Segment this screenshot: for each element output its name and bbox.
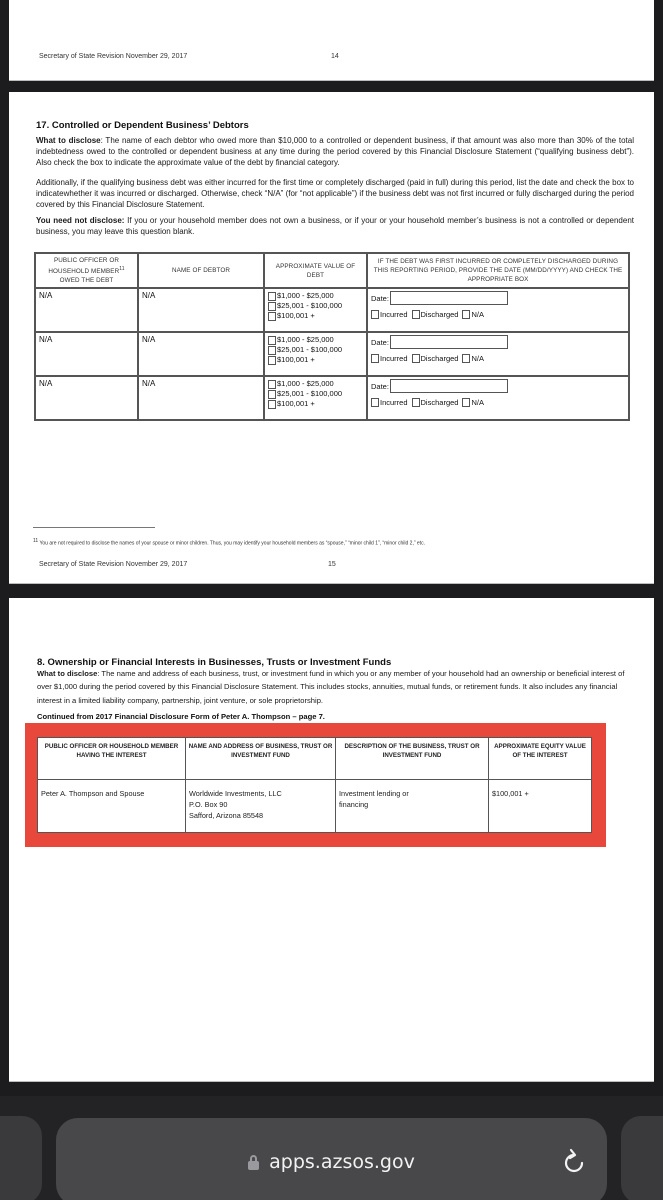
checkbox-label: Discharged (421, 354, 459, 363)
continued-note: Continued from 2017 Financial Disclosure… (37, 712, 325, 721)
date-label: Date: (371, 338, 389, 347)
what-to-disclose-label: What to disclose (37, 669, 97, 678)
status-option: N/A (462, 398, 484, 407)
header-value: Approximate Value of Debt (264, 253, 367, 288)
date-field[interactable] (390, 291, 508, 305)
table-row: N/AN/A$1,000 - $25,000$25,001 - $100,000… (35, 376, 629, 420)
status-option: Incurred (371, 310, 408, 319)
lock-icon (248, 1155, 259, 1170)
cell-date-status: Date:IncurredDischargedN/A (367, 332, 629, 376)
date-field[interactable] (390, 335, 508, 349)
header-description: Description of the Business, Trust or In… (336, 738, 489, 780)
checkbox-label: Incurred (380, 354, 408, 363)
cell-debtor: N/A (138, 332, 264, 376)
checkbox[interactable] (371, 354, 379, 363)
checkbox[interactable] (412, 398, 420, 407)
additionally-paragraph: Additionally, if the qualifying business… (36, 178, 634, 210)
checkbox[interactable] (268, 312, 276, 321)
what-to-disclose-label: What to disclose (36, 136, 101, 145)
pdf-page-16: 8. Ownership or Financial Interests in B… (9, 598, 654, 1082)
checkbox[interactable] (268, 336, 276, 345)
checkbox-label: N/A (471, 310, 484, 319)
date-label: Date: (371, 294, 389, 303)
checkbox[interactable] (462, 354, 470, 363)
cell-business: Worldwide Investments, LLC P.O. Box 90 S… (186, 780, 336, 833)
page-footer: Secretary of State Revision November 29,… (39, 561, 187, 568)
table-row: N/AN/A$1,000 - $25,000$25,001 - $100,000… (35, 288, 629, 332)
status-option: Discharged (412, 310, 459, 319)
header-equity-value: Approximate Equity Value of the Interest (489, 738, 592, 780)
status-option: Discharged (412, 398, 459, 407)
table-row: Peter A. Thompson and Spouse Worldwide I… (38, 780, 592, 833)
previous-tab-pill[interactable] (0, 1116, 42, 1200)
checkbox-label: N/A (471, 398, 484, 407)
checkbox-label: $100,001 + (277, 355, 315, 365)
checkbox-label: Discharged (421, 398, 459, 407)
what-to-disclose-paragraph: What to disclose: The name and address o… (37, 667, 627, 707)
checkbox[interactable] (412, 310, 420, 319)
checkbox[interactable] (268, 390, 276, 399)
cell-officer: Peter A. Thompson and Spouse (38, 780, 186, 833)
cell-date-status: Date:IncurredDischargedN/A (367, 376, 629, 420)
checkbox-label: $100,001 + (277, 399, 315, 409)
status-option: Incurred (371, 354, 408, 363)
url-text[interactable]: apps.azsos.gov (269, 1151, 415, 1173)
header-business-name: Name and Address of Business, Trust or I… (186, 738, 336, 780)
pdf-page-15: 17. Controlled or Dependent Business’ De… (9, 92, 654, 584)
reload-icon[interactable] (563, 1148, 585, 1174)
checkbox[interactable] (268, 356, 276, 365)
cell-debtor: N/A (138, 288, 264, 332)
checkbox[interactable] (412, 354, 420, 363)
date-field[interactable] (390, 379, 508, 393)
status-option: N/A (462, 310, 484, 319)
pdf-page-14: Secretary of State Revision November 29,… (9, 0, 654, 81)
address-bar[interactable]: apps.azsos.gov (56, 1118, 607, 1200)
checkbox-label: $1,000 - $25,000 (277, 291, 334, 301)
value-option: $100,001 + (268, 355, 363, 365)
value-option: $100,001 + (268, 399, 363, 409)
checkbox-label: Incurred (380, 310, 408, 319)
checkbox-label: Incurred (380, 398, 408, 407)
header-date: If the Debt Was First Incurred or Comple… (367, 253, 629, 288)
page-number: 15 (328, 561, 336, 568)
value-option: $25,001 - $100,000 (268, 389, 363, 399)
checkbox[interactable] (268, 380, 276, 389)
section-17-title: 17. Controlled or Dependent Business’ De… (36, 120, 249, 131)
checkbox-label: $25,001 - $100,000 (277, 389, 342, 399)
debtors-table: Public Officer or Household Member11 Owe… (34, 252, 630, 421)
next-tab-pill[interactable] (621, 1116, 663, 1200)
checkbox[interactable] (462, 398, 470, 407)
value-option: $100,001 + (268, 311, 363, 321)
ownership-table: Public Officer or Household Member Havin… (37, 737, 592, 833)
cell-value-options: $1,000 - $25,000$25,001 - $100,000$100,0… (264, 376, 367, 420)
status-option: N/A (462, 354, 484, 363)
need-not-disclose-paragraph: You need not disclose: If you or your ho… (36, 216, 634, 238)
value-option: $1,000 - $25,000 (268, 291, 363, 301)
status-option: Incurred (371, 398, 408, 407)
checkbox-label: $100,001 + (277, 311, 315, 321)
cell-equity-value: $100,001 + (489, 780, 592, 833)
cell-debtor: N/A (138, 376, 264, 420)
checkbox[interactable] (268, 346, 276, 355)
cell-officer: N/A (35, 288, 138, 332)
value-option: $25,001 - $100,000 (268, 301, 363, 311)
footnote-rule (33, 527, 155, 528)
checkbox-label: N/A (471, 354, 484, 363)
date-label: Date: (371, 382, 389, 391)
cell-date-status: Date:IncurredDischargedN/A (367, 288, 629, 332)
header-debtor: Name of Debtor (138, 253, 264, 288)
status-option: Discharged (412, 354, 459, 363)
checkbox-label: Discharged (421, 310, 459, 319)
footnote: 11 You are not required to disclose the … (33, 538, 425, 547)
checkbox-label: $1,000 - $25,000 (277, 335, 334, 345)
highlight-frame: Public Officer or Household Member Havin… (25, 723, 606, 847)
checkbox-label: $25,001 - $100,000 (277, 301, 342, 311)
checkbox-label: $1,000 - $25,000 (277, 379, 334, 389)
cell-officer: N/A (35, 376, 138, 420)
what-to-disclose-paragraph: What to disclose: The name of each debto… (36, 136, 634, 168)
checkbox-label: $25,001 - $100,000 (277, 345, 342, 355)
checkbox[interactable] (268, 292, 276, 301)
cell-value-options: $1,000 - $25,000$25,001 - $100,000$100,0… (264, 288, 367, 332)
header-officer: Public Officer or Household Member11 Owe… (35, 253, 138, 288)
checkbox[interactable] (268, 302, 276, 311)
table-row: N/AN/A$1,000 - $25,000$25,001 - $100,000… (35, 332, 629, 376)
cell-officer: N/A (35, 332, 138, 376)
checkbox[interactable] (462, 310, 470, 319)
cell-value-options: $1,000 - $25,000$25,001 - $100,000$100,0… (264, 332, 367, 376)
value-option: $1,000 - $25,000 (268, 379, 363, 389)
checkbox[interactable] (371, 398, 379, 407)
header-officer: Public Officer or Household Member Havin… (38, 738, 186, 780)
page-footer: Secretary of State Revision November 29,… (39, 53, 187, 60)
value-option: $25,001 - $100,000 (268, 345, 363, 355)
checkbox[interactable] (268, 400, 276, 409)
checkbox[interactable] (371, 310, 379, 319)
browser-toolbar: apps.azsos.gov (0, 1096, 663, 1200)
cell-description: Investment lending or financing (336, 780, 489, 833)
value-option: $1,000 - $25,000 (268, 335, 363, 345)
need-not-disclose-label: You need not disclose: (36, 216, 124, 225)
page-number: 14 (331, 53, 339, 60)
